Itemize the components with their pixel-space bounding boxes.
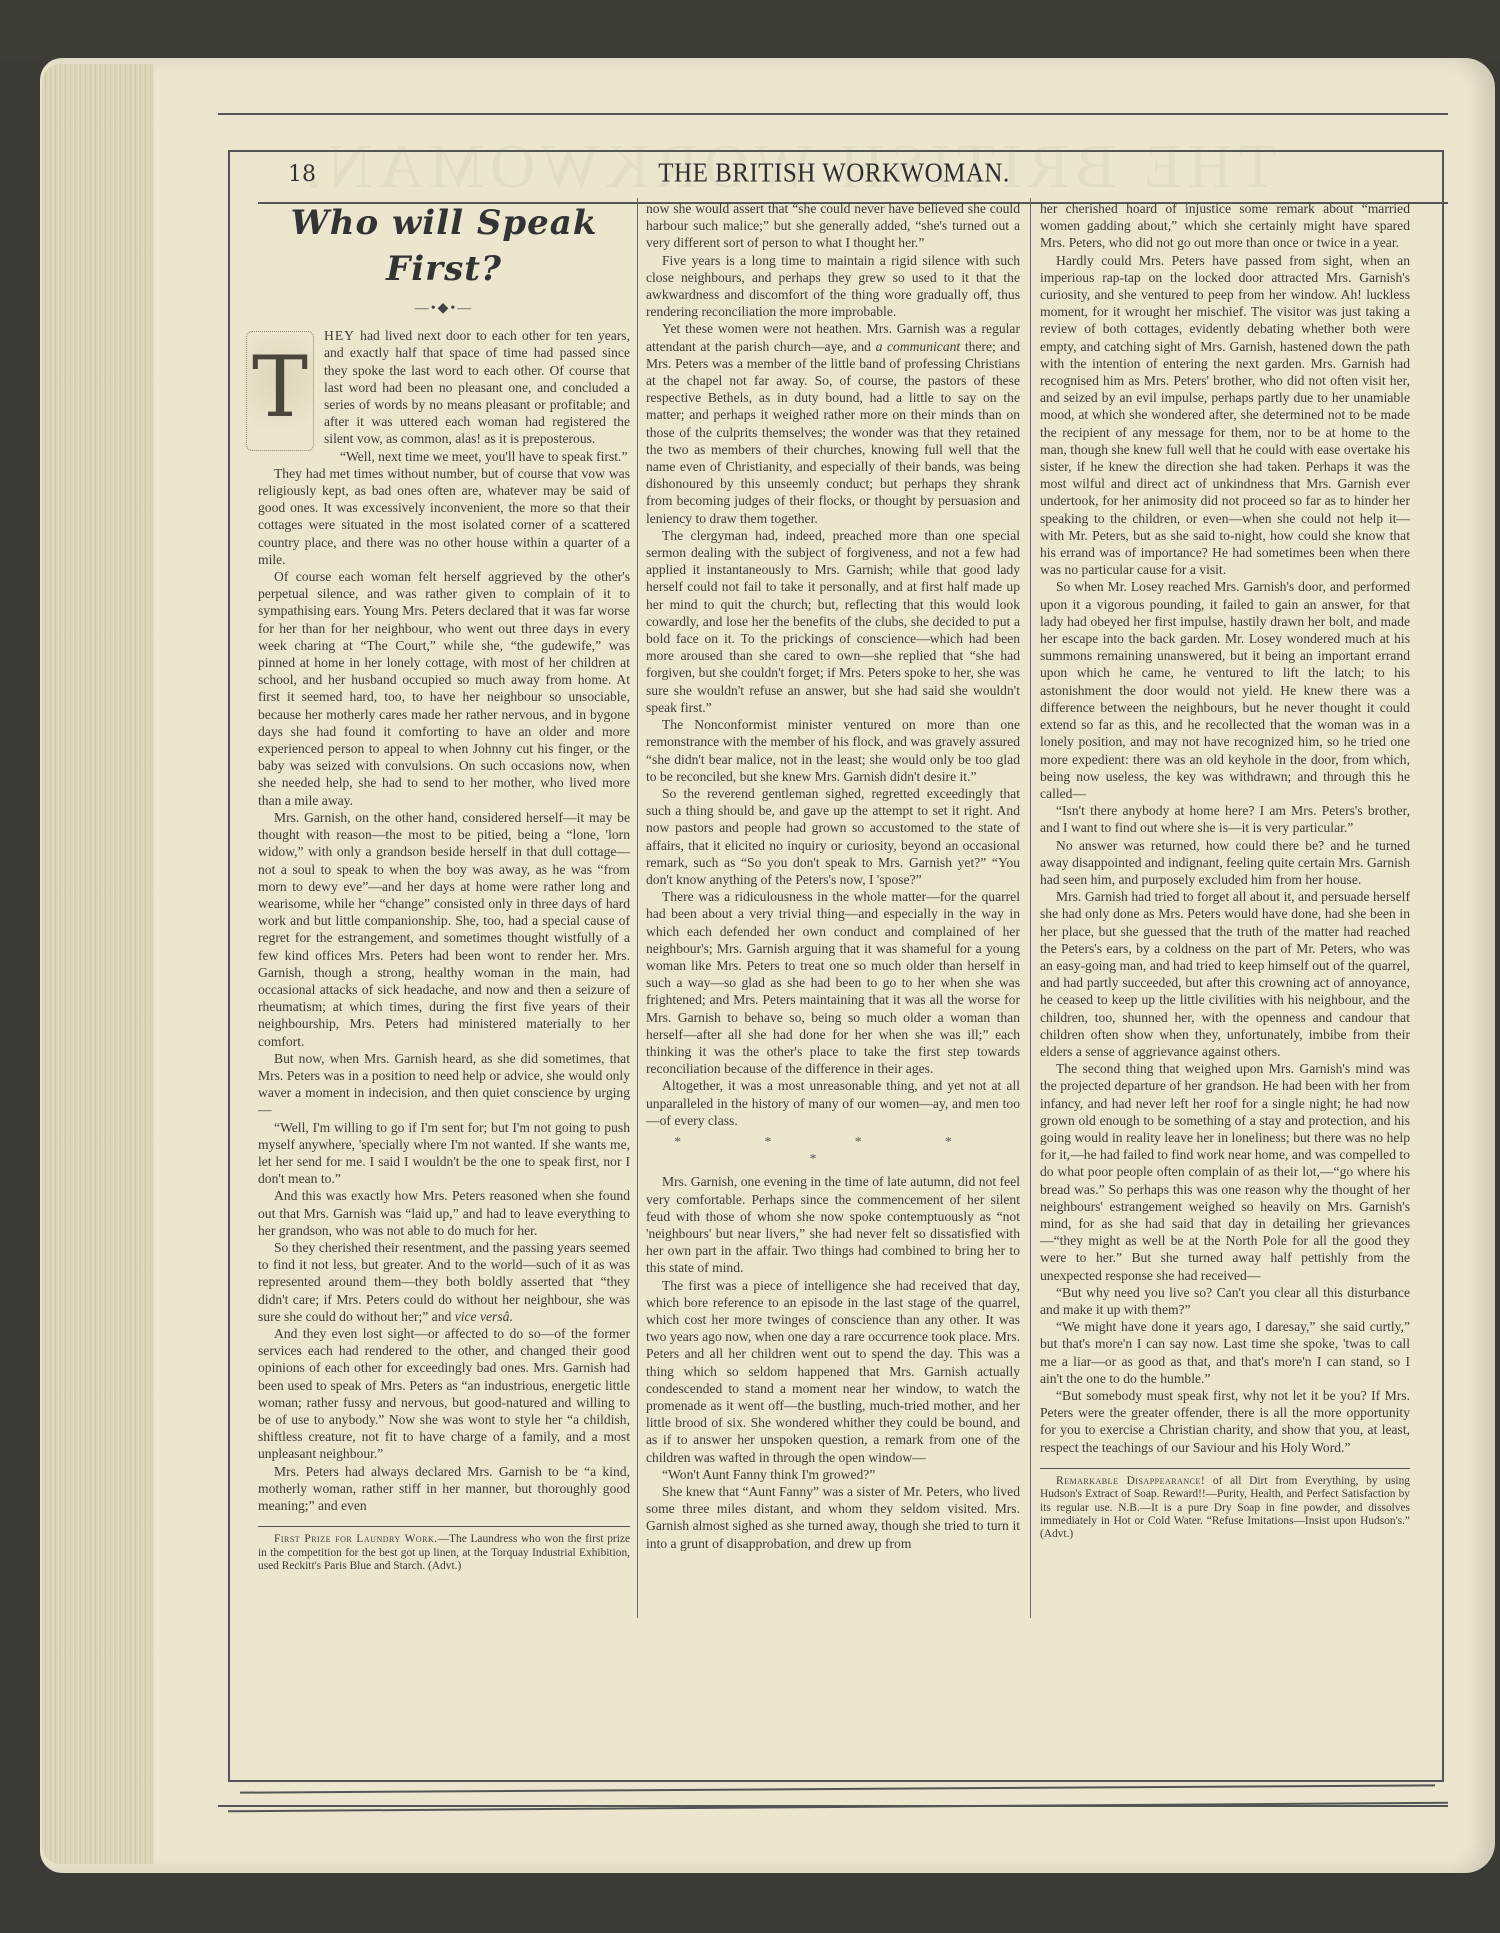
paragraph: The clergyman had, indeed, preached more… [646,527,1020,716]
advert-heading: Remarkable Disappearance! [1056,1475,1205,1487]
paragraph: Mrs. Peters had always declared Mrs. Gar… [258,1463,630,1515]
column-3: her cherished hoard of injustice some re… [1040,200,1410,1542]
advert-rule [258,1526,630,1527]
advert-hudsons-soap: Remarkable Disappearance! of all Dirt fr… [1040,1475,1410,1542]
advert-reckitts: First Prize for Laundry Work.—The Laundr… [258,1533,630,1573]
paragraph: THEY had lived next door to each other f… [258,327,630,447]
italic-phrase: vice versâ [455,1309,510,1324]
paragraph: The first was a piece of intelligence sh… [646,1277,1020,1466]
title-ornament-icon: —•◆•— [258,300,630,317]
paragraph: her cherished hoard of injustice some re… [1040,200,1410,252]
paragraph-text: had lived next door to each other for te… [324,328,630,446]
paragraph-text: So they cherished their resentment, and … [258,1240,630,1324]
opening-caps: HEY [324,328,355,343]
paragraph: “Well, next time we meet, you'll have to… [258,448,630,465]
column-divider [637,198,638,1618]
paragraph: And they even lost sight—or affected to … [258,1325,630,1463]
page-edges [42,64,154,1864]
paragraph: Of course each woman felt herself aggrie… [258,568,630,809]
paragraph: The Nonconformist minister ventured on m… [646,716,1020,785]
paragraph: now she would assert that “she could nev… [646,200,1020,252]
paragraph: Mrs. Garnish, one evening in the time of… [646,1173,1020,1276]
paragraph: And this was exactly how Mrs. Peters rea… [258,1187,630,1239]
paragraph: Hardly could Mrs. Peters have passed fro… [1040,252,1410,579]
paragraph: So the reverend gentleman sighed, regret… [646,785,1020,888]
paragraph: Mrs. Garnish had tried to forget all abo… [1040,888,1410,1060]
paragraph: No answer was returned, how could there … [1040,837,1410,889]
paragraph: So when Mr. Losey reached Mrs. Garnish's… [1040,578,1410,802]
paragraph: She knew that “Aunt Fanny” was a sister … [646,1483,1020,1552]
italic-phrase: a communicant [876,339,961,354]
paragraph-text: . [509,1309,512,1324]
paragraph: There was a ridiculousness in the whole … [646,888,1020,1077]
paragraph: The second thing that weighed upon Mrs. … [1040,1060,1410,1284]
paragraph: “We might have done it years ago, I dare… [1040,1318,1410,1387]
paragraph: But now, when Mrs. Garnish heard, as she… [258,1050,630,1119]
paragraph: Five years is a long time to maintain a … [646,252,1020,321]
paragraph: Mrs. Garnish, on the other hand, conside… [258,809,630,1050]
section-break-stars: * * * * * [646,1133,1020,1167]
paragraph: They had met times without number, but o… [258,465,630,568]
paragraph: “Isn't there anybody at home here? I am … [1040,802,1410,836]
paragraph: “Won't Aunt Fanny think I'm growed?” [646,1466,1020,1483]
paragraph-text: there; and Mrs. Peters was a member of t… [646,339,1020,526]
advert-heading: First Prize for Laundry Work. [274,1533,438,1545]
paragraph: “But why need you live so? Can't you cle… [1040,1284,1410,1318]
column-2: now she would assert that “she could nev… [646,200,1020,1552]
column-1: Who will Speak First? —•◆•— THEY had liv… [258,200,630,1573]
decorated-dropcap-icon: T [246,331,314,451]
running-head: 18 THE BRITISH WORKWOMAN. [228,150,1440,194]
paragraph: Altogether, it was a most unreasonable t… [646,1077,1020,1129]
column-divider [1030,198,1031,1618]
paragraph: So they cherished their resentment, and … [258,1239,630,1325]
story-title: Who will Speak First? [258,200,630,292]
advert-rule [1040,1468,1410,1469]
journal-title: THE BRITISH WORKWOMAN. [228,159,1440,190]
paragraph: Yet these women were not heathen. Mrs. G… [646,320,1020,526]
scan-background [0,0,1500,60]
paragraph: “But somebody must speak first, why not … [1040,1387,1410,1456]
paragraph: “Well, I'm willing to go if I'm sent for… [258,1119,630,1188]
